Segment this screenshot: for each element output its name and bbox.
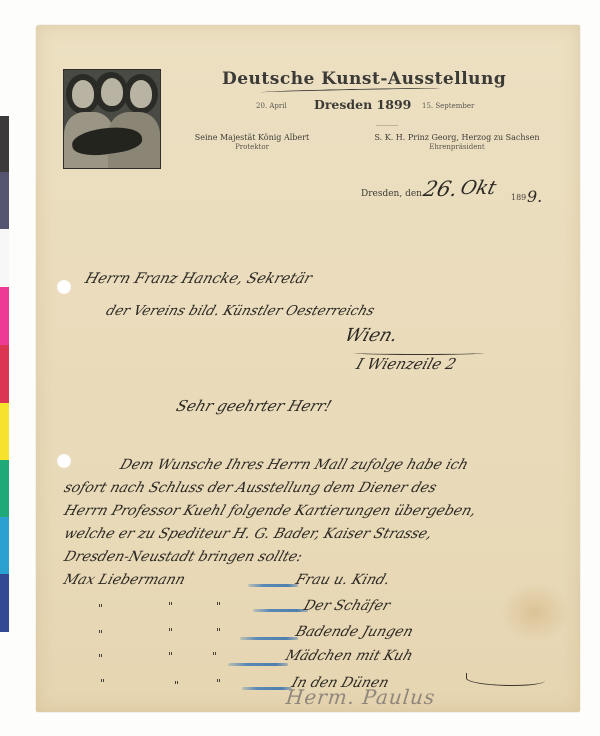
letter-sheet: Deutsche Kunst-Ausstellung 20. April Dre… (36, 25, 580, 712)
dateline-year-handwritten: 9. (527, 187, 542, 206)
dateline-year-printed: 189 (511, 193, 526, 202)
letterhead-honorary-president: S. K. H. Prinz Georg, Herzog zu Sachsen … (364, 133, 550, 151)
body-line: Herrn Professor Kuehl folgende Kartierun… (62, 503, 478, 519)
dateline-day: 26. (421, 177, 460, 201)
ditto-mark: " (168, 626, 173, 639)
body-line: Dem Wunsche Ihres Herrn Mall zufolge hab… (118, 457, 470, 473)
blue-pencil-mark (242, 687, 292, 690)
patron-role: Protektor (182, 143, 322, 151)
body-line: Dresden-Neustadt bringen sollte: (62, 549, 304, 565)
address-city: Wien. (342, 325, 401, 346)
blue-pencil-mark (248, 584, 298, 587)
ditto-mark: " (100, 677, 105, 690)
artwork-title: Der Schäfer (301, 598, 392, 614)
ditto-mark: " (98, 628, 103, 641)
body-line: sofort nach Schluss der Ausstellung dem … (62, 480, 439, 496)
letterhead-patron: Seine Majestät König Albert Protektor (182, 133, 322, 151)
punch-hole (57, 454, 71, 468)
ditto-mark: " (168, 650, 173, 663)
ditto-mark: " (216, 677, 221, 690)
dateline-month: Okt (458, 177, 498, 199)
ditto-mark: " (216, 600, 221, 613)
exhibition-city-year: Dresden 1899 (314, 97, 411, 112)
patron-name: Seine Majestät König Albert (195, 133, 309, 142)
artwork-list-item: " " " Badende Jungen (36, 624, 580, 646)
calibration-swatch (0, 517, 9, 574)
dateline-prefix: Dresden, den (361, 189, 422, 199)
honorary-president-role: Ehrenpräsident (364, 143, 550, 151)
ditto-mark: " (168, 600, 173, 613)
address-line-1: Herrn Franz Hancke, Sekretär (83, 271, 314, 287)
calibration-swatch (0, 287, 9, 345)
calibration-swatch (0, 345, 9, 403)
exhibition-start-date: 20. April (256, 102, 287, 110)
ditto-mark: " (98, 652, 103, 665)
honorary-president-name: S. K. H. Prinz Georg, Herzog zu Sachsen (374, 133, 539, 142)
blue-pencil-mark (240, 637, 298, 640)
blue-pencil-mark (228, 663, 288, 666)
exhibition-end-date: 15. September (422, 102, 474, 110)
color-calibration-strip (0, 116, 9, 632)
punch-hole (57, 280, 71, 294)
calibration-swatch (0, 403, 9, 460)
ditto-mark: " (98, 602, 103, 615)
artwork-list-item: " " " Der Schäfer (36, 598, 580, 620)
artwork-artist: Max Liebermann (61, 572, 187, 588)
artwork-title: Mädchen mit Kuh (283, 648, 414, 664)
calibration-swatch (0, 172, 9, 229)
letterhead-divider (376, 117, 398, 126)
calibration-swatch (0, 116, 9, 172)
calibration-swatch (0, 574, 9, 632)
salutation: Sehr geehrter Herr! (174, 397, 334, 415)
pencil-annotation: Herm. Paulus (285, 685, 437, 709)
body-line: welche er zu Spediteur H. G. Bader, Kais… (62, 526, 434, 542)
address-line-2: der Vereins bild. Künstler Oesterreichs (104, 303, 377, 319)
artwork-title: Frau u. Kind. (293, 572, 392, 588)
blue-pencil-mark (253, 609, 308, 612)
calibration-swatch (0, 229, 9, 287)
artwork-title: Badende Jungen (293, 624, 415, 640)
letterhead-title: Deutsche Kunst-Ausstellung (222, 69, 506, 89)
artwork-list-item: " " " Mädchen mit Kuh (36, 650, 580, 672)
letterhead-portrait-image (63, 69, 161, 169)
calibration-swatch (0, 460, 9, 517)
ditto-mark: " (174, 679, 179, 692)
artwork-list-item: Max Liebermann Frau u. Kind. (36, 572, 580, 594)
ditto-mark: " (212, 650, 217, 663)
address-street: I Wienzeile 2 (354, 355, 459, 373)
ditto-mark: " (216, 626, 221, 639)
